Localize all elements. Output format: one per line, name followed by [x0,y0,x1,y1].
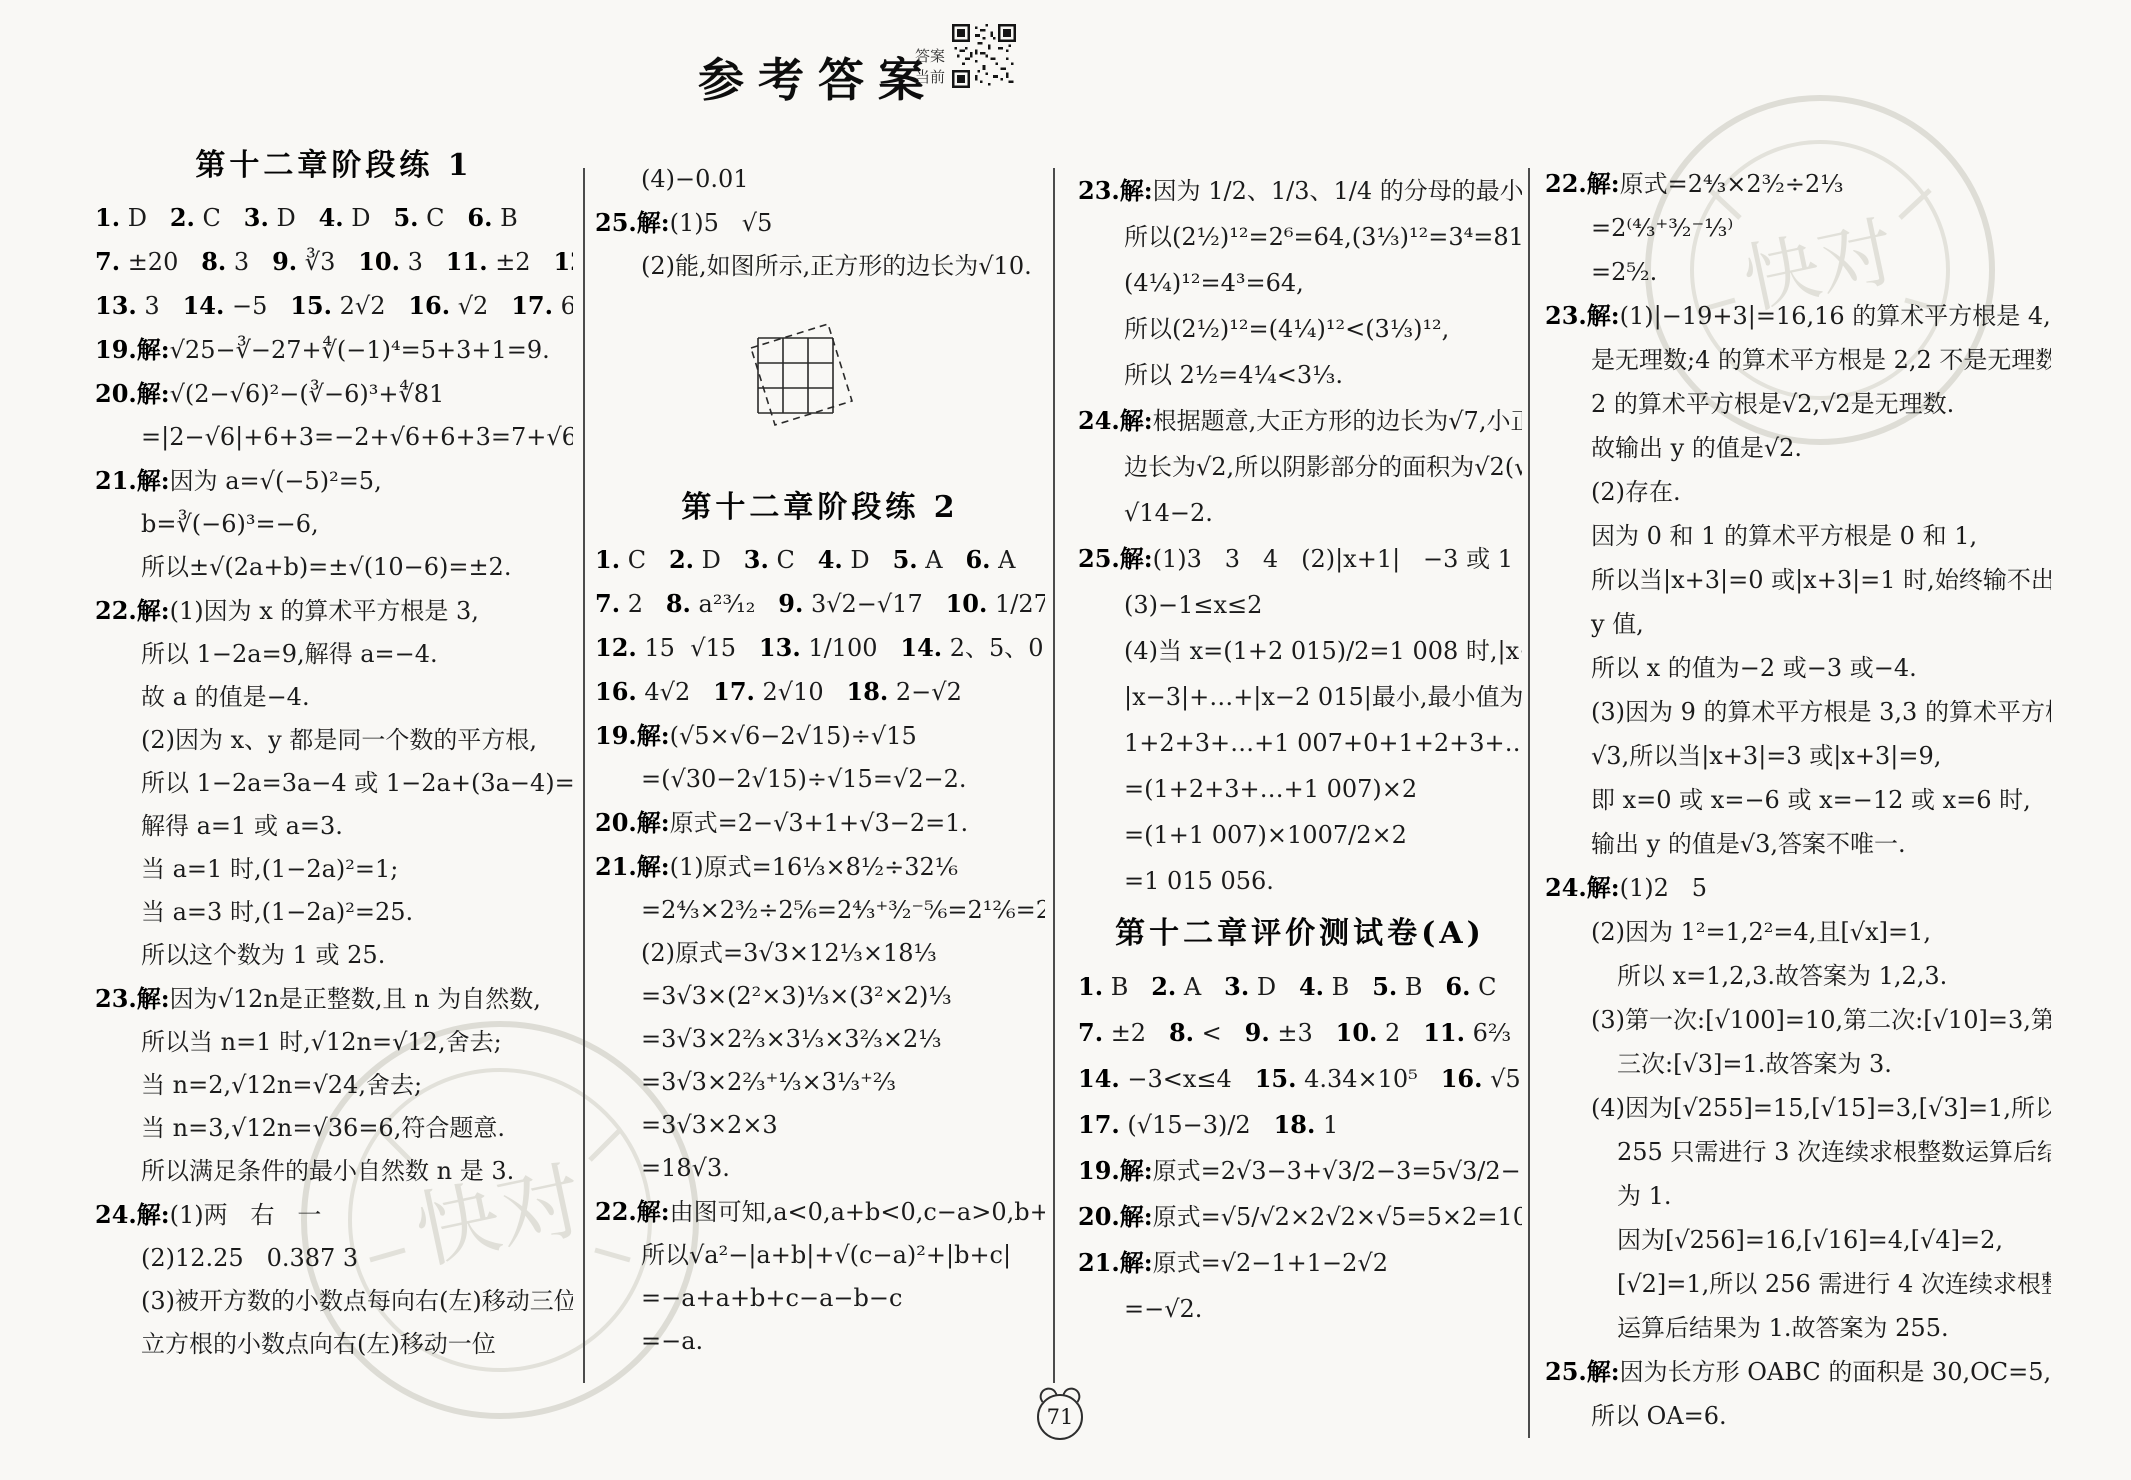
answer-line: 所以满足条件的最小自然数 n 是 3. [95,1150,573,1193]
answer-line: 2 的算术平方根是√2,√2是无理数. [1545,382,2051,426]
answer-line: (3)因为 9 的算术平方根是 3,3 的算术平方根是 [1545,690,2051,734]
text-run: (1)5 √5 [670,209,773,237]
text-run: (3)因为 9 的算术平方根是 3,3 的算术平方根是 [1591,698,2051,726]
item-number: 13. [95,291,137,320]
answer-line: (3)−1≤x≤2 [1078,582,1522,628]
answer-line: =(1+2+3+…+1 007)×2 [1078,766,1522,812]
answer-line: 7. ±2 8. < 9. ±3 10. 2 11. 6²⁄₃ 12. 3/2 … [1078,1010,1522,1056]
answer-line: =|2−√6|+6+3=−2+√6+6+3=7+√6. [95,416,573,459]
answer-line: 当 n=3,√12n=√36=6,符合题意. [95,1107,573,1150]
answer-line: =(√30−2√15)÷√15=√2−2. [595,758,1045,801]
text-run: 原式=√2−1+1−2√2 [1153,1249,1388,1277]
text-run: 2−√2 [888,678,962,706]
item-number: 17. [713,677,755,706]
item-number: 23.解: [95,984,170,1013]
answer-line: 因为[√256]=16,[√16]=4,[√4]=2, [1545,1218,2051,1262]
item-number: 1. [595,545,620,574]
text-run: 原式=2−√3+1+√3−2=1. [670,809,969,837]
answer-line: 所以±√(2a+b)=±√(10−6)=±2. [95,546,573,589]
answer-line: (2)能,如图所示,正方形的边长为√10. [595,245,1045,288]
text-run: 所以 x 的值为−2 或−3 或−4. [1591,654,1917,682]
answer-line: (2)12.25 0.387 3 [95,1237,573,1280]
answer-line: =3√3×2²⁄₃⁺¹⁄₃×3¹⁄₃⁺²⁄₃ [595,1061,1045,1104]
column-divider [1053,168,1055,1383]
item-number: 1. [95,203,120,232]
text-run: =2⁽⁴⁄₃⁺³⁄₂⁻¹⁄₃⁾ [1591,214,1733,242]
text-run: A [991,546,1016,574]
answer-line: 故 a 的值是−4. [95,676,573,719]
item-number: 2. [669,545,694,574]
text-run: ±2 [1103,1019,1169,1047]
answer-line: 25.解:(1)3 3 4 (2)|x+1| −3 或 1 [1078,536,1522,582]
text-run: 255 只需进行 3 次连续求根整数运算后结果 [1617,1138,2051,1166]
answer-line: √14−2. [1078,490,1522,536]
answer-line: 所以(2¹⁄₂)¹²=(4¹⁄₄)¹²<(3¹⁄₃)¹², [1078,306,1522,352]
item-number: 4. [319,203,344,232]
answer-line: 7. ±20 8. 3 9. ∛3 10. 3 11. ±2 12. 1/3 [95,240,573,284]
answer-line: =1 015 056. [1078,858,1522,904]
item-number: 6. [965,545,990,574]
text-run: √5 [1482,1065,1520,1093]
answer-line: √3,所以当|x+3|=3 或|x+3|=9, [1545,734,2051,778]
scanned-answer-page: 快对 快对 参考答案 答案 当前 [0,0,2131,1480]
item-number: 6. [467,203,492,232]
answer-line: 所以 x=1,2,3.故答案为 1,2,3. [1545,954,2051,998]
text-run: 当 a=3 时,(1−2a)²=25. [141,898,413,926]
text-run: =3√3×2²⁄₃×3¹⁄₃×3²⁄₃×2¹⁄₃ [641,1025,941,1053]
text-run: 所以当 n=1 时,√12n=√12,舍去; [141,1028,502,1056]
item-number: 18. [847,677,889,706]
answer-line: 19.解:原式=2√3−3+√3/2−3=5√3/2−6. [1078,1148,1522,1194]
answer-line: 24.解:根据题意,大正方形的边长为√7,小正方形的 [1078,398,1522,444]
item-number: 6. [1445,972,1470,1001]
item-number: 13. [759,633,801,662]
answer-line: 为 1. [1545,1174,2051,1218]
text-run: 所以当|x+3|=0 或|x+3|=1 时,始终输不出 [1591,566,2051,594]
text-run: =−√2. [1124,1295,1202,1323]
text-run: D [1249,973,1299,1001]
text-run: (3)−1≤x≤2 [1124,591,1262,619]
text-run: A [918,546,966,574]
item-number: 2. [1151,972,1176,1001]
text-run: 2、5、0 [942,634,1045,662]
item-number: 18. [1274,1110,1316,1139]
item-number: 10. [946,589,988,618]
item-number: 25.解: [1545,1357,1620,1386]
text-run: 因为 1/2、1/3、1/4 的分母的最小公倍数为 12, [1153,177,1522,205]
answer-line: 17. (√15−3)/2 18. 1 [1078,1102,1522,1148]
text-run: (1)原式=16¹⁄₃×8¹⁄₂÷32¹⁄₆ [670,853,958,881]
text-run: B [1324,973,1372,1001]
answer-line: 22.解:由图可知,a<0,a+b<0,c−a>0,b+c<0, [595,1190,1045,1234]
text-run: 当 a=1 时,(1−2a)²=1; [141,855,398,883]
text-run: 边长为√2,所以阴影部分的面积为√2(√7−√2)= [1124,453,1522,481]
text-run: a²³⁄₁₂ [691,590,778,618]
text-run: D [344,204,394,232]
item-number: 19.解: [1078,1156,1153,1185]
answer-line: 20.解:原式=2−√3+1+√3−2=1. [595,801,1045,845]
answer-line: |x−3|+…+|x−2 015|最小,最小值为 [1078,674,1522,720]
text-run: 根据题意,大正方形的边长为√7,小正方形的 [1153,407,1522,435]
text-run: =(√30−2√15)÷√15=√2−2. [641,765,967,793]
text-run: y 值, [1591,610,1644,638]
item-number: 25.解: [1078,544,1153,573]
text-run: ±2 [488,248,554,276]
text-run: 3 [137,292,183,320]
text-run: C [620,546,669,574]
text-run: 1/100 [801,634,901,662]
answer-line: (4¹⁄₄)¹²=4³=64, [1078,260,1522,306]
answer-line: 故输出 y 的值是√2. [1545,426,2051,470]
text-run: (√5×√6−2√15)÷√15 [670,722,917,750]
text-run: (1)2 5 [1620,874,1707,902]
answer-line: 13. 3 14. −5 15. 2√2 16. √2 17. 6 18. ±5 [95,284,573,328]
text-run: 所以这个数为 1 或 25. [141,941,385,969]
text-run: D [269,204,319,232]
text-run: 由图可知,a<0,a+b<0,c−a>0,b+c<0, [670,1198,1045,1226]
answer-line: 所以 1−2a=9,解得 a=−4. [95,633,573,676]
answer-line: 当 n=2,√12n=√24,舍去; [95,1064,573,1107]
answer-line: =18√3. [595,1147,1045,1190]
answer-line: =−√2. [1078,1286,1522,1332]
answer-column-1: 第十二章阶段练 11. D 2. C 3. D 4. D 5. C 6. B7.… [95,136,573,1366]
text-run: =−a+a+b+c−a−b−c [641,1284,902,1312]
text-run: 所以±√(2a+b)=±√(10−6)=±2. [141,553,511,581]
text-run: 所以满足条件的最小自然数 n 是 3. [141,1157,514,1185]
text-run: 故 a 的值是−4. [141,683,310,711]
text-run: 4.34×10⁵ [1296,1065,1440,1093]
text-run: b=∛(−6)³=−6, [141,510,319,538]
answer-line: 所以 OA=6. [1545,1394,2051,1438]
text-run: C [1470,973,1496,1001]
text-run: 1+2+3+…+1 007+0+1+2+3+…+1 007 [1124,729,1522,757]
text-run: √3,所以当|x+3|=3 或|x+3|=9, [1591,742,1941,770]
item-number: 4. [818,545,843,574]
text-run: 所以 x=1,2,3.故答案为 1,2,3. [1617,962,1947,990]
text-run: −3<x≤4 [1120,1065,1255,1093]
item-number: 2. [170,203,195,232]
text-run: (4)因为[√255]=15,[√15]=3,[√3]=1,所以 [1591,1094,2051,1122]
answer-line: 23.解:因为 1/2、1/3、1/4 的分母的最小公倍数为 12, [1078,168,1522,214]
text-run: 3 [400,248,446,276]
column-divider [583,168,585,1383]
item-number: 8. [666,589,691,618]
answer-line: 19.解:(√5×√6−2√15)÷√15 [595,714,1045,758]
item-number: 19.解: [95,335,170,364]
answer-line: 所以 2¹⁄₂=4¹⁄₄<3¹⁄₃. [1078,352,1522,398]
text-run: ∛3 [297,248,358,276]
item-number: 16. [595,677,637,706]
section-heading: 第十二章阶段练 1 [95,136,573,196]
answer-line: b=∛(−6)³=−6, [95,503,573,546]
text-run: 输出 y 的值是√3,答案不唯一. [1591,830,1906,858]
text-run: √25−∛−27+∜(−1)⁴=5+3+1=9. [170,336,550,364]
text-run: 6²⁄₃ [1465,1019,1522,1047]
item-number: 19.解: [595,721,670,750]
text-run: D [694,546,744,574]
answer-line: =(1+1 007)×1007/2×2 [1078,812,1522,858]
text-run: 原式=2⁴⁄₃×2³⁄₂÷2¹⁄₃ [1620,170,1844,198]
text-run: =(1+2+3+…+1 007)×2 [1124,775,1417,803]
answer-line: 1. D 2. C 3. D 4. D 5. C 6. B [95,196,573,240]
item-number: 5. [393,203,418,232]
answer-line: y 值, [1545,602,2051,646]
text-run: (2)存在. [1591,478,1681,506]
answer-line: (4)因为[√255]=15,[√15]=3,[√3]=1,所以 [1545,1086,2051,1130]
item-number: 16. [408,291,450,320]
item-number: 24.解: [1078,406,1153,435]
text-run: (2)因为 1²=1,2²=4,且[√x]=1, [1591,918,1931,946]
answer-line: =−a. [595,1320,1045,1363]
text-run: < [1194,1019,1245,1047]
answer-line: =3√3×2×3 [595,1104,1045,1147]
qr-caption-line: 答案 [901,46,945,67]
item-number: 7. [1078,1018,1103,1047]
answer-line: (3)被开方数的小数点每向右(左)移动三位,其 [95,1280,573,1323]
item-number: 22.解: [1545,169,1620,198]
item-number: 24.解: [1545,873,1620,902]
answer-line: 运算后结果为 1.故答案为 255. [1545,1306,2051,1350]
section-heading: 第十二章评价测试卷(A) [1078,904,1522,964]
text-run: B [492,204,517,232]
text-run: 三次:[√3]=1.故答案为 3. [1617,1050,1892,1078]
text-run: 所以 1−2a=3a−4 或 1−2a+(3a−4)=0, [141,769,573,797]
item-number: 17. [1078,1110,1120,1139]
answer-line: 25.解:因为长方形 OABC 的面积是 30,OC=5, [1545,1350,2051,1394]
answer-line: =2⁽⁴⁄₃⁺³⁄₂⁻¹⁄₃⁾ [1545,206,2051,250]
answer-line: =3√3×(2²×3)¹⁄₃×(3²×2)¹⁄₃ [595,975,1045,1018]
text-run: (2)12.25 0.387 3 [141,1244,358,1272]
item-number: 23.解: [1078,176,1153,205]
answer-line: 19.解:√25−∛−27+∜(−1)⁴=5+3+1=9. [95,328,573,372]
text-run: D [843,546,893,574]
item-number: 8. [1169,1018,1194,1047]
item-number: 15. [290,291,332,320]
answer-column-2: (4)−0.0125.解:(1)5 √5(2)能,如图所示,正方形的边长为√10… [595,158,1045,1363]
qr-caption-line: 当前 [901,67,945,88]
answer-line: 所以 x 的值为−2 或−3 或−4. [1545,646,2051,690]
item-number: 11. [1423,1018,1465,1047]
text-run: 1 [1315,1111,1338,1139]
item-number: 9. [778,589,803,618]
text-run: =3√3×(2²×3)¹⁄₃×(3²×2)¹⁄₃ [641,982,952,1010]
text-run: 2 [620,590,666,618]
text-run: =1 015 056. [1124,867,1274,895]
item-number: 10. [1336,1018,1378,1047]
answer-column-3: 23.解:因为 1/2、1/3、1/4 的分母的最小公倍数为 12,所以(2¹⁄… [1078,168,1522,1332]
answer-line: 即 x=0 或 x=−6 或 x=−12 或 x=6 时, [1545,778,2051,822]
answer-line: =2⁴⁄₃×2³⁄₂÷2⁵⁄₆=2⁴⁄₃⁺³⁄₂⁻⁵⁄₆=2¹²⁄₆=2²=4. [595,889,1045,932]
answer-line: 当 a=1 时,(1−2a)²=1; [95,848,573,891]
text-run: 3 [226,248,272,276]
item-number: 7. [95,247,120,276]
text-run: =18√3. [641,1154,730,1182]
text-run: D [120,204,170,232]
text-run: 当 n=2,√12n=√24,舍去; [141,1071,422,1099]
answer-line: 12. 15 √15 13. 1/100 14. 2、5、0 15. 2 [595,626,1045,670]
text-run: ±20 [120,248,201,276]
answer-line: 20.解:√(2−√6)²−(∛−6)³+∜81 [95,372,573,416]
qr-caption: 答案 当前 [901,46,945,88]
text-run: 原式=√5/√2×2√2×√5=5×2=10. [1153,1203,1522,1231]
text-run: 因为长方形 OABC 的面积是 30,OC=5, [1620,1358,2051,1386]
answer-line: (4)−0.01 [595,158,1045,201]
answer-line: 14. −3<x≤4 15. 4.34×10⁵ 16. √5 [1078,1056,1522,1102]
answer-line: 输出 y 的值是√3,答案不唯一. [1545,822,2051,866]
text-run: 3√2−√17 [803,590,945,618]
text-run: =3√3×2×3 [641,1111,778,1139]
text-run: √(2−√6)²−(∛−6)³+∜81 [170,380,445,408]
item-number: 21.解: [95,466,170,495]
answer-line: 25.解:(1)5 √5 [595,201,1045,245]
answer-line: 21.解:(1)原式=16¹⁄₃×8¹⁄₂÷32¹⁄₆ [595,845,1045,889]
item-number: 22.解: [95,596,170,625]
answer-line: =3√3×2²⁄₃×3¹⁄₃×3²⁄₃×2¹⁄₃ [595,1018,1045,1061]
text-run: −5 [224,292,290,320]
page-number-badge: 71 [1034,1386,1086,1442]
text-run: 6 [553,292,573,320]
text-run: B [1397,973,1445,1001]
text-run: (1)因为 x 的算术平方根是 3, [170,597,479,625]
item-number: 21.解: [1078,1248,1153,1277]
text-run: 15 √15 [637,634,759,662]
text-run: (4)−0.01 [641,165,749,193]
item-number: 3. [744,545,769,574]
answer-line: 24.解:(1)两 右 一 [95,1193,573,1237]
answer-line: 7. 2 8. a²³⁄₁₂ 9. 3√2−√17 10. 1/27 11. 4 [595,582,1045,626]
text-run: =−a. [641,1327,703,1355]
answer-line: 1. B 2. A 3. D 4. B 5. B 6. C [1078,964,1522,1010]
item-number: 20.解: [1078,1202,1153,1231]
text-run: A [1176,973,1224,1001]
item-number: 12. [595,633,637,662]
item-number: 9. [272,247,297,276]
grid-square-figure [723,296,913,474]
text-run: (1)3 3 4 (2)|x+1| −3 或 1 [1153,545,1513,573]
item-number: 17. [511,291,553,320]
text-run: (1)两 右 一 [170,1201,322,1229]
text-run: 为 1. [1617,1182,1672,1210]
item-number: 3. [1224,972,1249,1001]
item-number: 10. [358,247,400,276]
answer-line: 23.解:因为√12n是正整数,且 n 为自然数, [95,977,573,1021]
text-run: 故输出 y 的值是√2. [1591,434,1802,462]
item-number: 11. [446,247,488,276]
text-run: 2√2 [332,292,408,320]
text-run: =3√3×2²⁄₃⁺¹⁄₃×3¹⁄₃⁺²⁄₃ [641,1068,896,1096]
text-run: (3)第一次:[√100]=10,第二次:[√10]=3,第 [1591,1006,2051,1034]
column-divider [1528,168,1530,1438]
answer-line: 因为 0 和 1 的算术平方根是 0 和 1, [1545,514,2051,558]
item-number: 12. [553,247,573,276]
text-run: 2 [1377,1019,1423,1047]
text-run: C [419,204,468,232]
item-number: 25.解: [595,208,670,237]
answer-line: (4)当 x=(1+2 015)/2=1 008 时,|x−1|+|x−2|+ [1078,628,1522,674]
text-run: 所以 1−2a=9,解得 a=−4. [141,640,438,668]
text-run: √2 [450,292,511,320]
text-run: 立方根的小数点向右(左)移动一位 [141,1330,496,1358]
item-number: 14. [900,633,942,662]
text-run: |x−3|+…+|x−2 015|最小,最小值为 [1124,683,1522,711]
text-run: [√2]=1,所以 256 需进行 4 次连续求根整数 [1617,1270,2051,1298]
qr-code-icon [952,24,1016,88]
text-run: 1/27 [987,590,1045,618]
section-heading: 第十二章阶段练 2 [595,478,1045,538]
text-run: 2√10 [755,678,847,706]
text-run: (4¹⁄₄)¹²=4³=64, [1124,269,1304,297]
answer-line: 所以当 n=1 时,√12n=√12,舍去; [95,1021,573,1064]
answer-line: 立方根的小数点向右(左)移动一位 [95,1323,573,1366]
answer-line: 是无理数;4 的算术平方根是 2,2 不是无理数; [1545,338,2051,382]
text-run: 4√2 [637,678,713,706]
text-run: 原式=2√3−3+√3/2−3=5√3/2−6. [1153,1157,1522,1185]
text-run: ±3 [1270,1019,1336,1047]
item-number: 5. [893,545,918,574]
answer-line: =−a+a+b+c−a−b−c [595,1277,1045,1320]
text-run: 所以(2¹⁄₂)¹²=2⁶=64,(3¹⁄₃)¹²=3⁴=81, [1124,223,1522,251]
answer-line: 24.解:(1)2 5 [1545,866,2051,910]
item-number: 14. [1078,1064,1120,1093]
text-run: 因为 0 和 1 的算术平方根是 0 和 1, [1591,522,1977,550]
item-number: 21.解: [595,852,670,881]
answer-line: (2)原式=3√3×12¹⁄₃×18¹⁄₃ [595,932,1045,975]
text-run: =2⁵⁄₂. [1591,258,1657,286]
answer-line: 1. C 2. D 3. C 4. D 5. A 6. A [595,538,1045,582]
answer-line: 当 a=3 时,(1−2a)²=25. [95,891,573,934]
answer-line: 所以这个数为 1 或 25. [95,934,573,977]
text-run: 2 的算术平方根是√2,√2是无理数. [1591,390,1954,418]
item-number: 15. [1255,1064,1297,1093]
answer-line: 22.解:(1)因为 x 的算术平方根是 3, [95,589,573,633]
text-run: 所以 2¹⁄₂=4¹⁄₄<3¹⁄₃. [1124,361,1343,389]
answer-line: 23.解:(1)|−19+3|=16,16 的算术平方根是 4,4 不 [1545,294,2051,338]
answer-line: 22.解:原式=2⁴⁄₃×2³⁄₂÷2¹⁄₃ [1545,162,2051,206]
answer-line: 所以当|x+3|=0 或|x+3|=1 时,始终输不出 [1545,558,2051,602]
answer-line: 所以(2¹⁄₂)¹²=2⁶=64,(3¹⁄₃)¹²=3⁴=81, [1078,214,1522,260]
answer-line: (2)因为 x、y 都是同一个数的平方根, [95,719,573,762]
answer-line: 所以√a²−|a+b|+√(c−a)²+|b+c| [595,1234,1045,1277]
text-run: =|2−√6|+6+3=−2+√6+6+3=7+√6. [141,423,573,451]
text-run: 所以 OA=6. [1591,1402,1727,1430]
item-number: 3. [244,203,269,232]
item-number: 7. [595,589,620,618]
answer-line: 边长为√2,所以阴影部分的面积为√2(√7−√2)= [1078,444,1522,490]
answer-column-4: 22.解:原式=2⁴⁄₃×2³⁄₂÷2¹⁄₃=2⁽⁴⁄₃⁺³⁄₂⁻¹⁄₃⁾=2⁵… [1545,162,2051,1438]
text-run: =(1+1 007)×1007/2×2 [1124,821,1407,849]
text-run: 运算后结果为 1.故答案为 255. [1617,1314,1949,1342]
dashed-square [751,324,852,425]
answer-line: 三次:[√3]=1.故答案为 3. [1545,1042,2051,1086]
answer-line: 1+2+3+…+1 007+0+1+2+3+…+1 007 [1078,720,1522,766]
item-number: 4. [1299,972,1324,1001]
item-number: 23.解: [1545,301,1620,330]
item-number: 9. [1245,1018,1270,1047]
answer-line: 255 只需进行 3 次连续求根整数运算后结果 [1545,1130,2051,1174]
text-run: 是无理数;4 的算术平方根是 2,2 不是无理数; [1591,346,2051,374]
text-run: 解得 a=1 或 a=3. [141,812,343,840]
grid-lines [758,338,833,413]
item-number: 20.解: [595,808,670,837]
answer-line: 所以 1−2a=3a−4 或 1−2a+(3a−4)=0, [95,762,573,805]
text-run: 当 n=3,√12n=√36=6,符合题意. [141,1114,505,1142]
item-number: 16. [1441,1064,1483,1093]
answer-line: (2)因为 1²=1,2²=4,且[√x]=1, [1545,910,2051,954]
text-run: (1)|−19+3|=16,16 的算术平方根是 4,4 不 [1620,302,2051,330]
answer-line: 16. 4√2 17. 2√10 18. 2−√2 [595,670,1045,714]
text-run: 因为[√256]=16,[√16]=4,[√4]=2, [1617,1226,2003,1254]
text-run: 因为 a=√(−5)²=5, [170,467,382,495]
